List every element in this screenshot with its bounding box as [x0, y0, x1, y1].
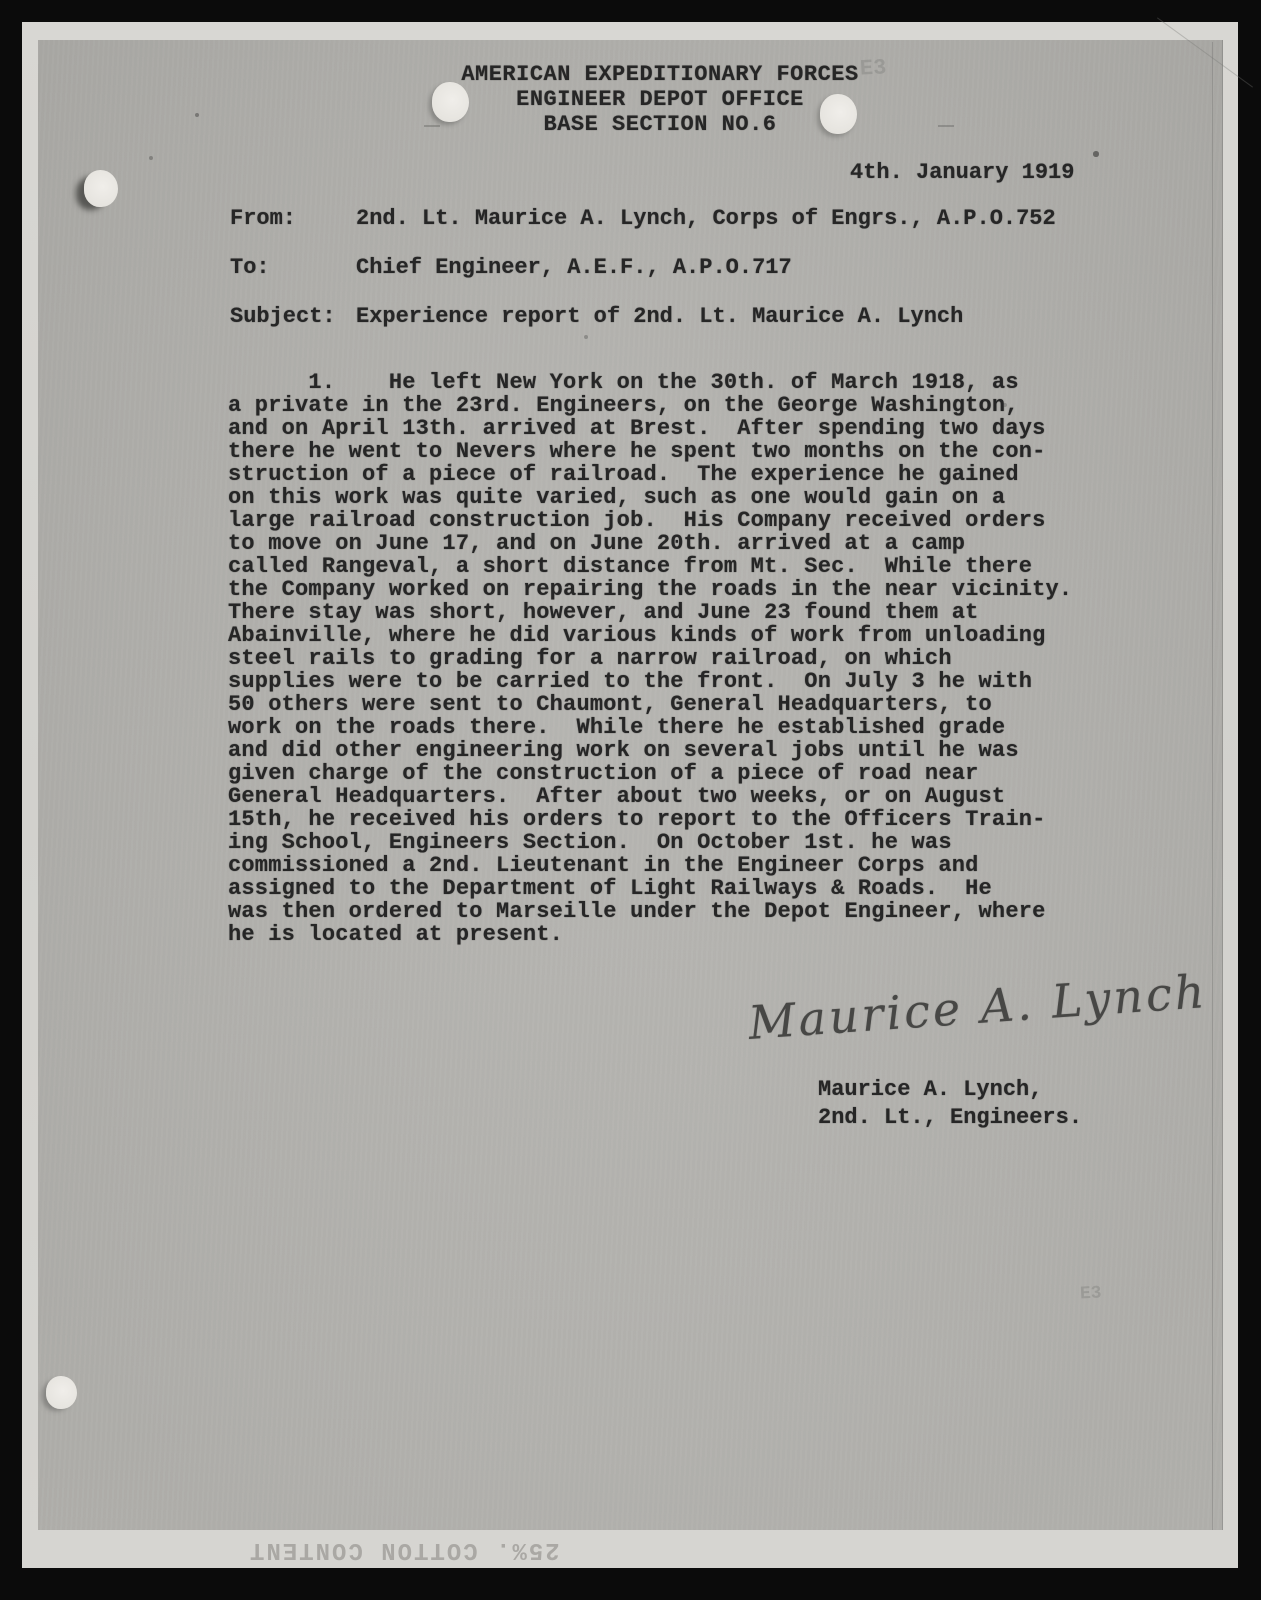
- faint-stamp-mark-top: E3: [859, 55, 887, 81]
- meta-subject-label: Subject:: [230, 305, 356, 328]
- scanned-document: AMERICAN EXPEDITIONARY FORCES ENGINEER D…: [0, 0, 1261, 1600]
- watermark-showthrough: 25%. COTTON CONTENT: [248, 1536, 560, 1563]
- meta-subject-value: Experience report of 2nd. Lt. Maurice A.…: [356, 305, 963, 328]
- meta-to-value: Chief Engineer, A.E.F., A.P.O.717: [356, 256, 792, 279]
- meta-block: From: 2nd. Lt. Maurice A. Lynch, Corps o…: [230, 207, 1056, 354]
- body-paragraph: 1. He left New York on the 30th. of Marc…: [228, 371, 1072, 946]
- meta-subject-row: Subject: Experience report of 2nd. Lt. M…: [230, 305, 1056, 328]
- pencil-dash-right: [938, 125, 954, 127]
- meta-from-row: From: 2nd. Lt. Maurice A. Lynch, Corps o…: [230, 207, 1056, 230]
- meta-from-value: 2nd. Lt. Maurice A. Lynch, Corps of Engr…: [356, 207, 1056, 230]
- hole-punch-top-left: [432, 82, 469, 122]
- typed-signature-block: Maurice A. Lynch, 2nd. Lt., Engineers.: [818, 1076, 1082, 1132]
- letterhead-line-1: AMERICAN EXPEDITIONARY FORCES: [380, 62, 940, 87]
- meta-from-label: From:: [230, 207, 356, 230]
- paper-specks: [0, 0, 2, 2]
- hole-punch-left-edge: [84, 170, 118, 207]
- faint-stamp-mark-bottom: E3: [1079, 1283, 1102, 1304]
- date-line: 4th. January 1919: [850, 160, 1074, 185]
- page-edge-crease: [1212, 42, 1213, 1530]
- hole-punch-bottom-left: [46, 1376, 77, 1409]
- meta-to-row: To: Chief Engineer, A.E.F., A.P.O.717: [230, 256, 1056, 279]
- pencil-dash-left: [424, 125, 440, 127]
- hole-punch-top-right: [820, 94, 857, 134]
- meta-to-label: To:: [230, 256, 356, 279]
